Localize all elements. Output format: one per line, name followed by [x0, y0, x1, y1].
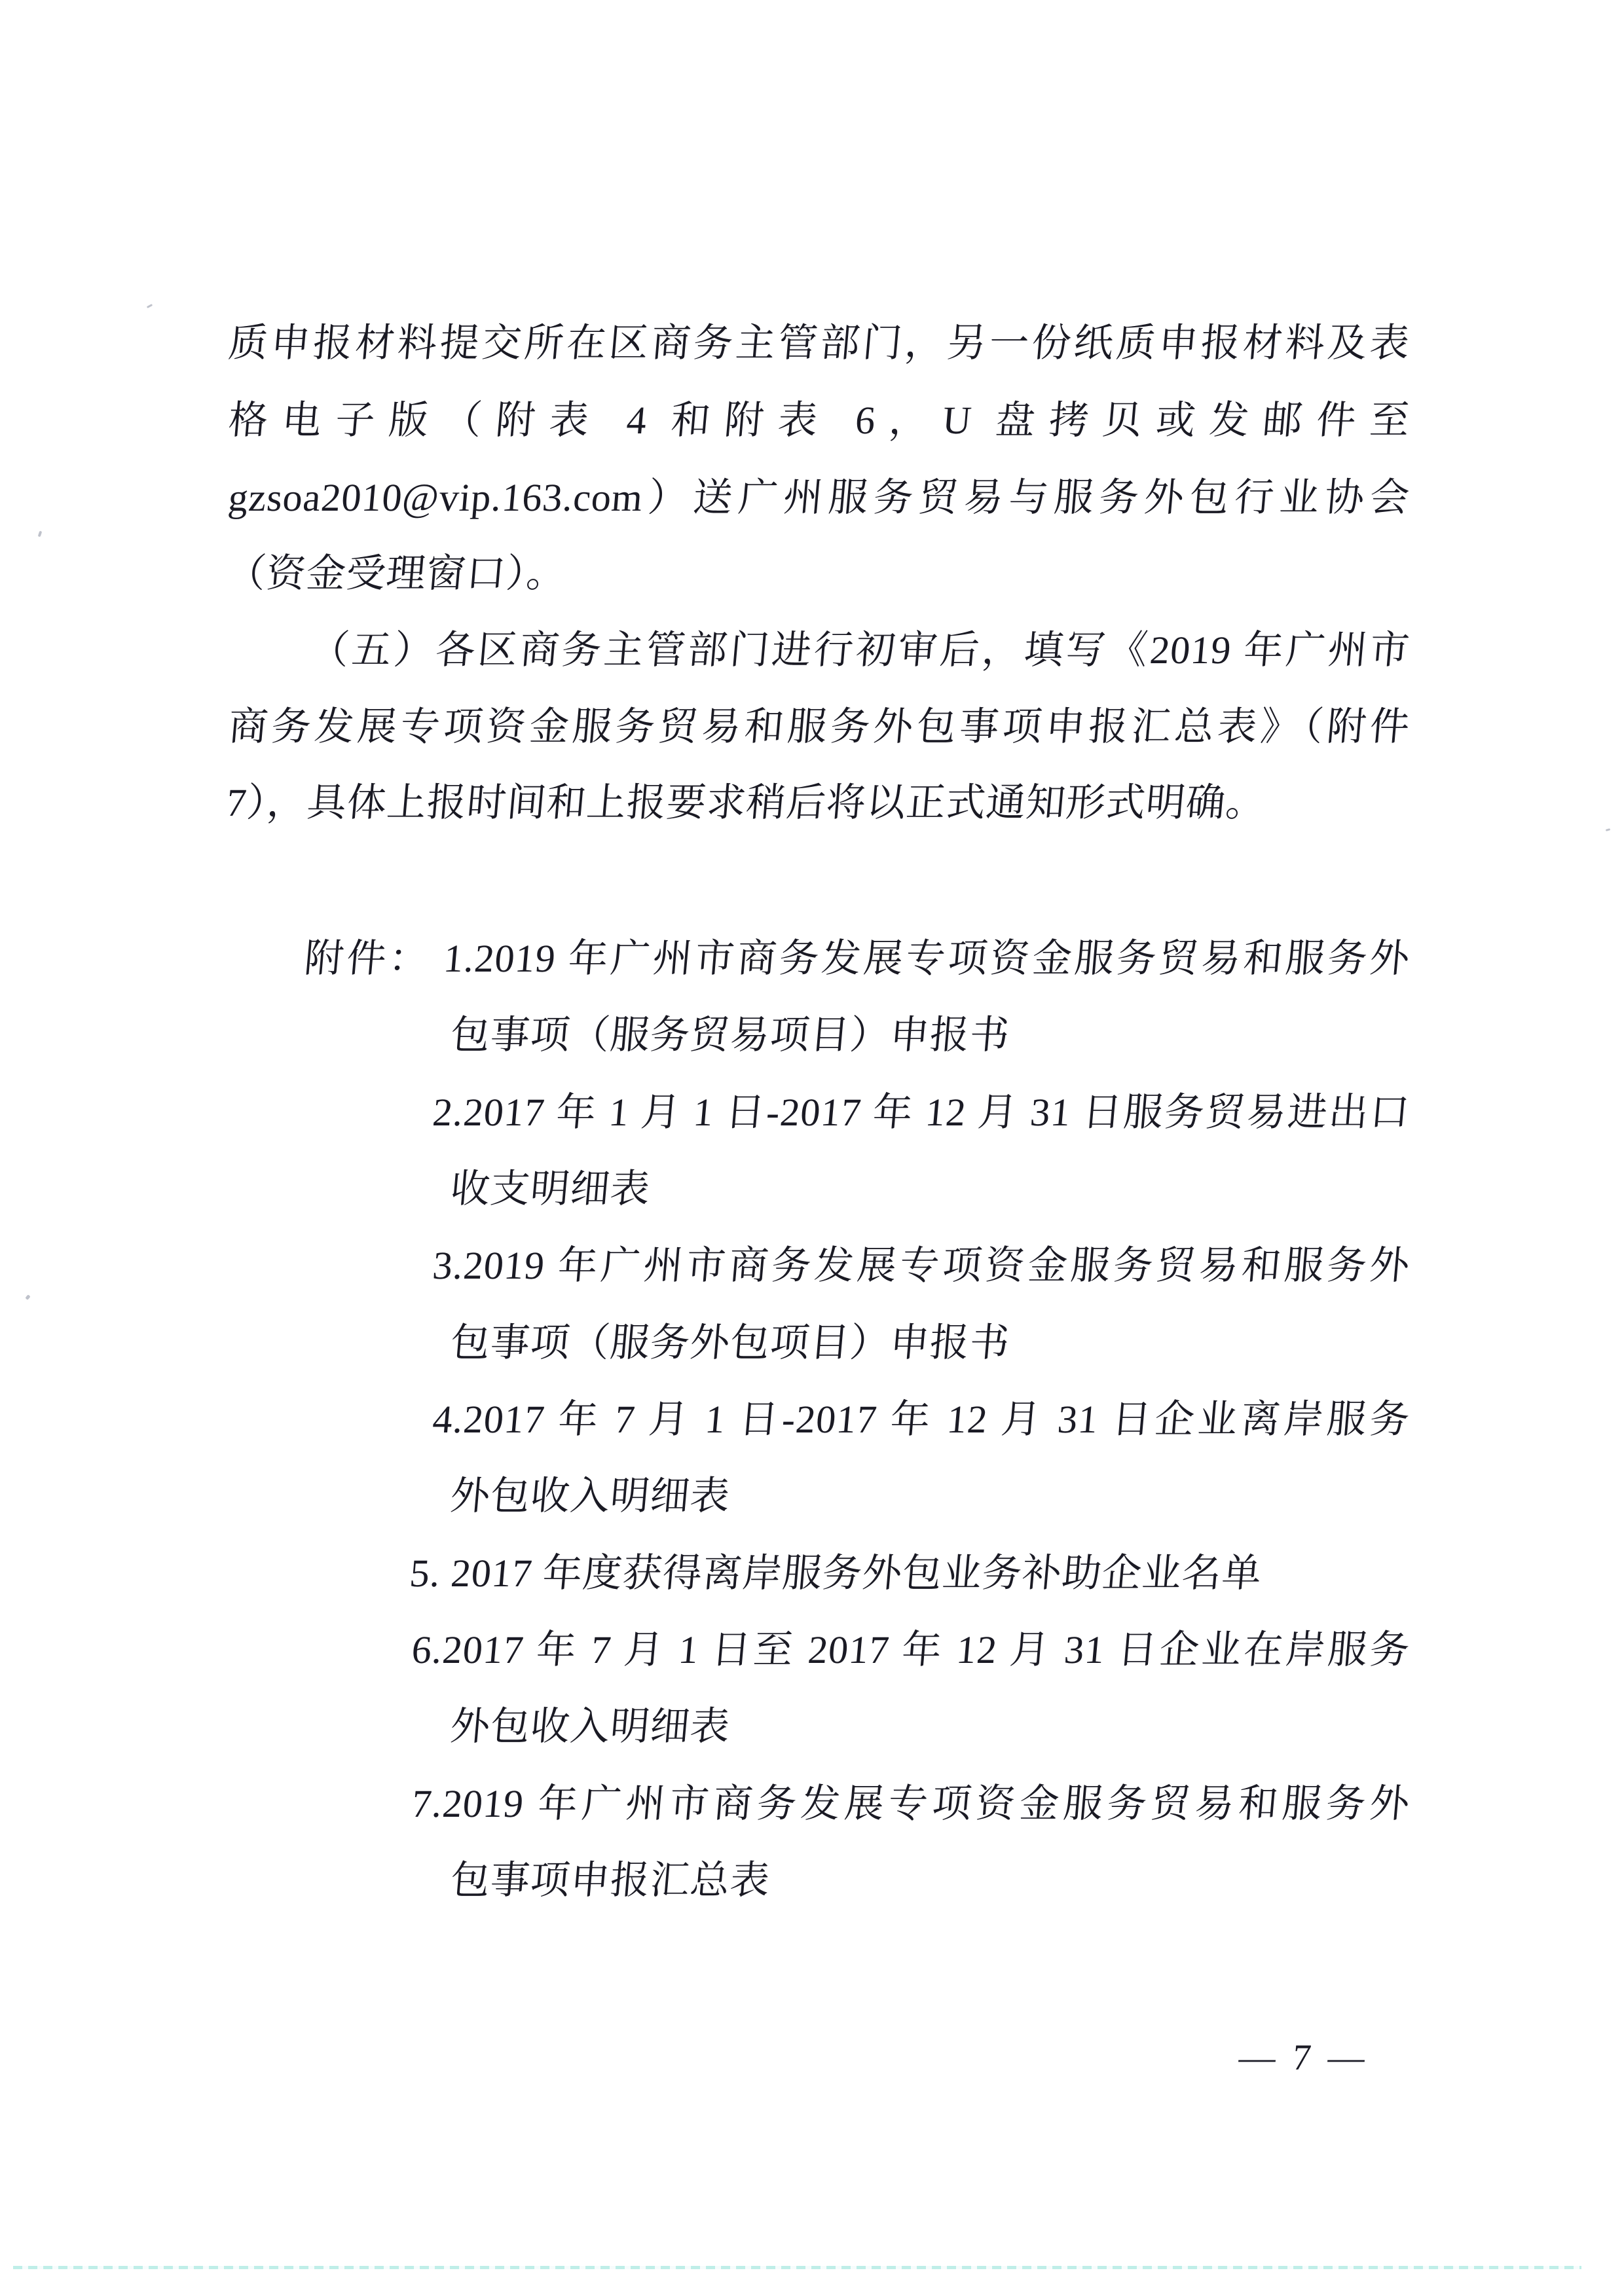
attachment-item-3-cont: 包事项（服务外包项目）申报书	[449, 1320, 1012, 1366]
scan-speck	[147, 304, 153, 308]
scan-speck	[25, 1294, 30, 1300]
page-number: — 7 —	[1237, 2038, 1370, 2077]
scan-speck	[38, 531, 43, 538]
body-line: （资金受理窗口）。	[225, 551, 568, 596]
scan-edge-artifact-line	[13, 2266, 1581, 2269]
attachment-item-6-cont: 外包收入明细表	[449, 1704, 732, 1749]
scanned-document-page: 质申报材料提交所在区商务主管部门，另一份纸质申报材料及表 格电子版（附表 4 和…	[0, 0, 1624, 2296]
attachment-item-2-cont: 收支明细表	[449, 1166, 652, 1212]
attachment-item-7-cont: 包事项申报汇总表	[449, 1857, 772, 1903]
attachment-item-1-cont: 包事项（服务贸易项目）申报书	[449, 1012, 1012, 1058]
attachment-item-4-cont: 外包收入明细表	[449, 1473, 732, 1519]
scan-speck	[1606, 828, 1611, 831]
attachment-item-5: 5. 2017 年度获得离岸服务外包业务补助企业名单	[408, 1550, 1264, 1596]
body-line: 7），具体上报时间和上报要求稍后将以正式通知形式明确。	[225, 780, 1268, 826]
